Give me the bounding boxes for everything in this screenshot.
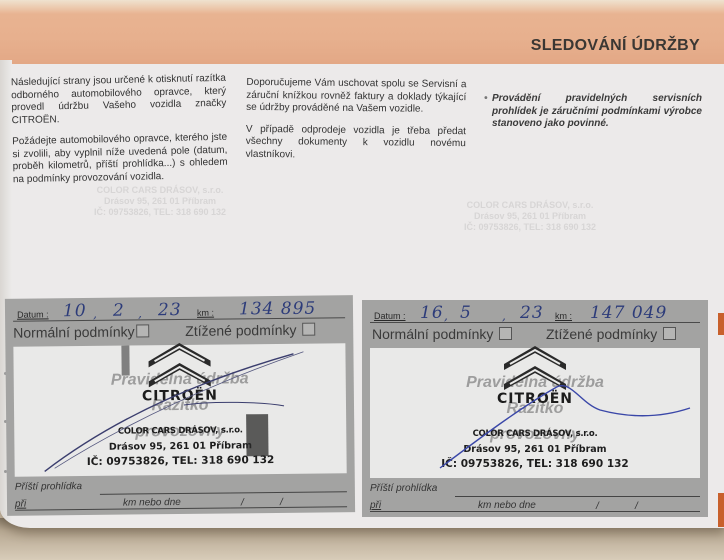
ghost-text: COLOR CARS DRÁSOV, s.r.o. bbox=[450, 200, 610, 211]
next-inspection-row: Příští prohlídka bbox=[370, 483, 700, 497]
normal-conditions-label: Normální podmínky bbox=[13, 323, 135, 340]
booklet-page: SLEDOVÁNÍ ÚDRŽBY Následující strany jsou… bbox=[0, 0, 724, 528]
at-label: při bbox=[370, 500, 381, 511]
mandatory-note: Provádění pravidelných servisních prohlí… bbox=[484, 93, 702, 131]
page-title: SLEDOVÁNÍ ÚDRŽBY bbox=[531, 37, 700, 55]
maintenance-record-1: Datum : 10 , 2 , 23 km : 134 895 Normáln… bbox=[5, 295, 355, 516]
intro-paragraph: Požádejte automobilového opravce, kteréh… bbox=[12, 132, 228, 186]
dealer-ids: IČ: 09753826, TEL: 318 690 132 bbox=[15, 453, 347, 468]
normal-conditions: Normální podmínky bbox=[13, 323, 150, 340]
bullet-icon: • bbox=[484, 93, 488, 106]
next-inspection-km-date-row: při km nebo dne / / bbox=[15, 493, 347, 510]
harsh-conditions: Ztížené podmínky bbox=[546, 326, 676, 342]
normal-conditions-label: Normální podmínky bbox=[372, 326, 493, 342]
km-label: km : bbox=[197, 308, 214, 318]
km-or-date-label: km nebo dne bbox=[123, 497, 181, 509]
citroen-chevrons-icon bbox=[144, 341, 214, 388]
date-slash: / bbox=[241, 497, 244, 508]
date-month[interactable]: 5 bbox=[460, 303, 472, 323]
next-inspection-km-date-row: při km nebo dne / / bbox=[370, 498, 700, 512]
date-km-row: Datum : 10 , 2 , 23 km : 134 895 bbox=[13, 302, 345, 321]
date-slash: / bbox=[635, 501, 638, 512]
harsh-conditions-checkbox[interactable] bbox=[302, 323, 315, 336]
next-inspection-label: Příští prohlídka bbox=[15, 481, 82, 493]
intro-column-1: Následující strany jsou určené k otisknu… bbox=[11, 73, 228, 195]
date-label: Datum : bbox=[374, 311, 406, 321]
date-label: Datum : bbox=[17, 309, 49, 319]
dealer-ids: IČ: 09753826, TEL: 318 690 132 bbox=[370, 458, 700, 470]
date-km-row: Datum : 16 , 5 , 23 km : 147 049 bbox=[370, 307, 700, 323]
normal-conditions-checkbox[interactable] bbox=[137, 324, 150, 337]
harsh-conditions-checkbox[interactable] bbox=[663, 327, 676, 340]
section-tab bbox=[718, 313, 724, 335]
section-tab bbox=[718, 493, 724, 527]
dealer-address: Drásov 95, 261 01 Příbram bbox=[370, 444, 700, 455]
km-date-field[interactable] bbox=[370, 511, 700, 512]
date-year[interactable]: 23 bbox=[158, 300, 182, 320]
maintenance-record-2: Datum : 16 , 5 , 23 km : 147 049 Normáln… bbox=[362, 300, 708, 517]
date-month[interactable]: 2 bbox=[113, 301, 125, 321]
at-label: při bbox=[15, 499, 26, 510]
dealer-name: COLOR CARS DRÁSOV, s.r.o. bbox=[370, 429, 700, 439]
show-through-stamp: COLOR CARS DRÁSOV, s.r.o. Drásov 95, 261… bbox=[450, 200, 610, 233]
dealer-address: Drásov 95, 261 01 Příbram bbox=[14, 439, 346, 453]
next-inspection-label: Příští prohlídka bbox=[370, 483, 437, 494]
date-day[interactable]: 16 bbox=[420, 303, 444, 323]
km-value[interactable]: 147 049 bbox=[590, 303, 667, 323]
normal-conditions: Normální podmínky bbox=[372, 326, 512, 342]
date-year[interactable]: 23 bbox=[520, 303, 544, 323]
show-through-stamp: COLOR CARS DRÁSOV, s.r.o. Drásov 95, 261… bbox=[70, 185, 250, 218]
km-or-date-label: km nebo dne bbox=[478, 500, 536, 511]
date-slash: / bbox=[596, 501, 599, 512]
intro-paragraph: Následující strany jsou určené k otisknu… bbox=[11, 73, 227, 127]
date-separator: , bbox=[93, 307, 98, 321]
date-separator: , bbox=[444, 309, 449, 323]
intro-column-2: Doporučujeme Vám uschovat spolu se Servi… bbox=[246, 77, 467, 172]
harsh-conditions-label: Ztížené podmínky bbox=[185, 322, 296, 339]
stamp-area: Pravidelná údržba Razítko provozovny CIT… bbox=[13, 343, 346, 476]
ghost-text: Drásov 95, 261 01 Příbram bbox=[450, 211, 610, 222]
ghost-text: Drásov 95, 261 01 Příbram bbox=[70, 196, 250, 207]
km-value[interactable]: 134 895 bbox=[239, 299, 317, 320]
ghost-text: COLOR CARS DRÁSOV, s.r.o. bbox=[70, 185, 250, 196]
citroen-chevrons-icon bbox=[500, 344, 570, 390]
km-label: km : bbox=[555, 311, 572, 321]
intro-column-3: • Provádění pravidelných servisních proh… bbox=[484, 93, 702, 140]
date-day[interactable]: 10 bbox=[63, 301, 87, 321]
harsh-conditions-label: Ztížené podmínky bbox=[546, 326, 657, 342]
ghost-text: IČ: 09753826, TEL: 318 690 132 bbox=[70, 207, 250, 218]
intro-paragraph: Doporučujeme Vám uschovat spolu se Servi… bbox=[246, 77, 466, 117]
ghost-text: IČ: 09753826, TEL: 318 690 132 bbox=[450, 222, 610, 233]
brand-name: CITROËN bbox=[370, 391, 700, 407]
next-inspection-field[interactable] bbox=[455, 496, 700, 497]
date-slash: / bbox=[280, 497, 283, 508]
harsh-conditions: Ztížené podmínky bbox=[185, 322, 315, 339]
normal-conditions-checkbox[interactable] bbox=[499, 327, 512, 340]
km-date-field[interactable] bbox=[15, 506, 347, 510]
date-separator: , bbox=[502, 309, 507, 323]
intro-paragraph: V případě odprodeje vozidla je třeba pře… bbox=[246, 123, 466, 163]
conditions-row: Normální podmínky Ztížené podmínky bbox=[370, 326, 700, 346]
stamp-area: Pravidelná údržba Razítko provozovny CIT… bbox=[370, 348, 700, 478]
date-separator: , bbox=[138, 306, 143, 320]
header-band: SLEDOVÁNÍ ÚDRŽBY bbox=[0, 0, 724, 64]
